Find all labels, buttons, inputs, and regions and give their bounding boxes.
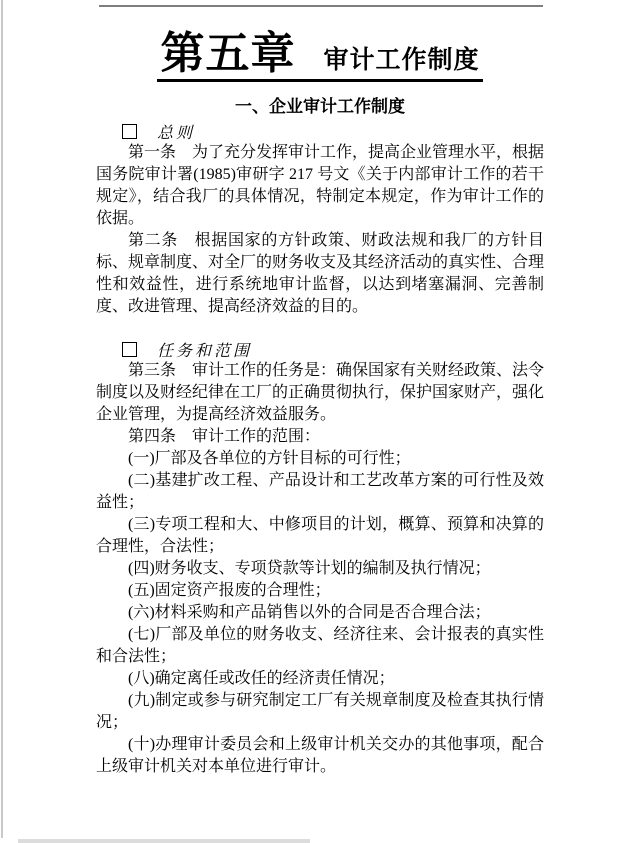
chapter-title-underline: 第五章 审计工作制度	[157, 30, 482, 82]
header-rule-line	[99, 5, 543, 7]
scan-artifact-line	[18, 839, 310, 843]
scope-item-6: (六)材料采购和产品销售以外的合同是否合理合法；	[96, 602, 544, 624]
chapter-subject: 审计工作制度	[323, 40, 479, 76]
chapter-title: 第五章 审计工作制度	[96, 30, 544, 82]
paragraph-article-4: 第四条 审计工作的范围：	[96, 426, 544, 448]
paragraph-article-2: 第二条 根据国家的方针政策、财政法规和我厂的方针目标、规章制度、对全厂的财务收支…	[96, 230, 544, 318]
subsection-title-general: 总则	[157, 120, 195, 143]
scope-item-9: (九)制定或参与研究制定工厂有关规章制度及检查其执行情况；	[96, 690, 544, 734]
square-bullet-icon	[122, 124, 137, 139]
subsection-title-tasks-scope: 任务和范围	[157, 338, 252, 361]
paragraph-article-1: 第一条 为了充分发挥审计工作，提高企业管理水平，根据国务院审计署(1985)审研…	[96, 142, 544, 230]
scope-item-4: (四)财务收支、专项贷款等计划的编制及执行情况；	[96, 558, 544, 580]
subsection-marker-tasks-scope: 任务和范围	[122, 338, 544, 360]
section-heading: 一、企业审计工作制度	[96, 96, 544, 118]
scope-item-3: (三)专项工程和大、中修项目的计划，概算、预算和决算的合理性，合法性；	[96, 514, 544, 558]
page-left-edge-line	[1, 0, 3, 838]
document-content: 第五章 审计工作制度 一、企业审计工作制度 总则 第一条 为了充分发挥审计工作，…	[96, 30, 544, 778]
scope-item-8: (八)确定离任或改任的经济责任情况；	[96, 668, 544, 690]
chapter-number: 第五章	[160, 30, 295, 78]
scope-item-7: (七)厂部及单位的财务收支、经济往来、会计报表的真实性和合法性；	[96, 624, 544, 668]
scope-item-2: (二)基建扩改工程、产品设计和工艺改革方案的可行性及效益性；	[96, 470, 544, 514]
paragraph-article-3: 第三条 审计工作的任务是：确保国家有关财经政策、法令制度以及财经纪律在工厂的正确…	[96, 360, 544, 426]
square-bullet-icon	[122, 342, 137, 357]
scope-item-1: (一)厂部及各单位的方针目标的可行性；	[96, 448, 544, 470]
scope-item-5: (五)固定资产报废的合理性；	[96, 580, 544, 602]
document-page: 第五章 审计工作制度 一、企业审计工作制度 总则 第一条 为了充分发挥审计工作，…	[0, 0, 634, 843]
scope-item-10: (十)办理审计委员会和上级审计机关交办的其他事项，配合上级审计机关对本单位进行审…	[96, 734, 544, 778]
subsection-marker-general: 总则	[122, 120, 544, 142]
